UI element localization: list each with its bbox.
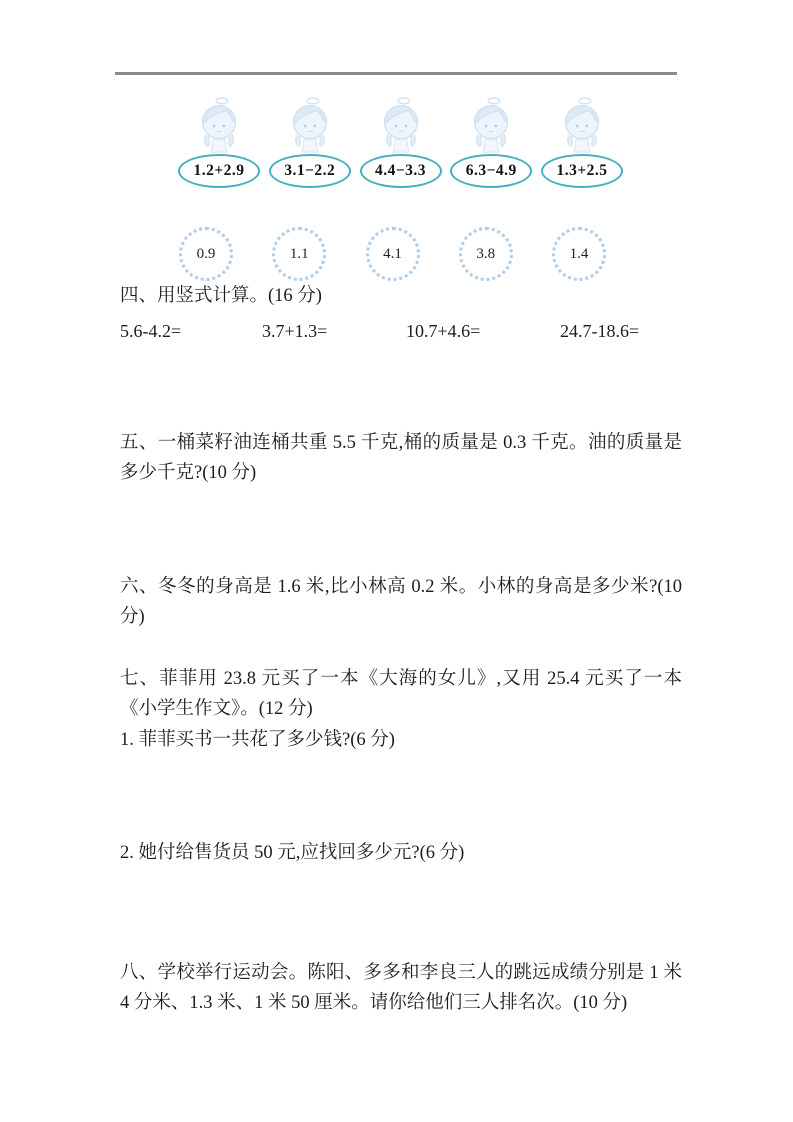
section-four-problems: 5.6-4.2= 3.7+1.3= 10.7+4.6= 24.7-18.6= bbox=[120, 316, 682, 342]
section-eight: 八、学校举行运动会。陈阳、多多和李良三人的跳远成绩分别是 1 米 4 分米、1.… bbox=[120, 958, 682, 1018]
calculation-problem: 10.7+4.6= bbox=[406, 316, 480, 346]
section-four: 四、用竖式计算。(16 分) 5.6-4.2= 3.7+1.3= 10.7+4.… bbox=[120, 284, 682, 342]
section-six: 六、冬冬的身高是 1.6 米,比小林高 0.2 米。小林的身高是多少米?(10 … bbox=[120, 572, 682, 632]
girl-figure-icon bbox=[462, 96, 520, 156]
matching-expression-item: 1.3+2.5 bbox=[541, 96, 623, 188]
section-five: 五、一桶菜籽油连桶共重 5.5 千克,桶的质量是 0.3 千克。油的质量是多少千… bbox=[120, 428, 682, 488]
section-five-text: 五、一桶菜籽油连桶共重 5.5 千克,桶的质量是 0.3 千克。油的质量是多少千… bbox=[120, 428, 682, 488]
section-seven-question-1: 1. 菲菲买书一共花了多少钱?(6 分) bbox=[120, 725, 682, 755]
matching-expressions-row: 1.2+2.9 3.1−2.2 bbox=[178, 96, 623, 188]
girl-figure-icon bbox=[372, 96, 430, 156]
matching-expression-item: 3.1−2.2 bbox=[269, 96, 351, 188]
section-seven: 七、菲菲用 23.8 元买了一本《大海的女儿》,又用 25.4 元买了一本《小学… bbox=[120, 664, 682, 755]
expression-oval: 3.1−2.2 bbox=[269, 154, 351, 188]
girl-figure-icon bbox=[190, 96, 248, 156]
calculation-problem: 24.7-18.6= bbox=[560, 316, 639, 346]
answer-wreath: 1.4 bbox=[552, 227, 606, 281]
matching-answers-row: 0.9 1.1 4.1 3.8 1.4 bbox=[179, 227, 606, 281]
answer-wreath: 1.1 bbox=[272, 227, 326, 281]
section-six-text: 六、冬冬的身高是 1.6 米,比小林高 0.2 米。小林的身高是多少米?(10 … bbox=[120, 572, 682, 632]
answer-wreath: 0.9 bbox=[179, 227, 233, 281]
section-seven-question-2: 2. 她付给售货员 50 元,应找回多少元?(6 分) bbox=[120, 838, 682, 868]
calculation-problem: 3.7+1.3= bbox=[262, 316, 327, 346]
worksheet-page: 1.2+2.9 3.1−2.2 bbox=[0, 0, 793, 1122]
expression-oval: 1.2+2.9 bbox=[178, 154, 260, 188]
expression-oval: 4.4−3.3 bbox=[360, 154, 442, 188]
girl-figure-icon bbox=[553, 96, 611, 156]
calculation-problem: 5.6-4.2= bbox=[120, 316, 181, 346]
matching-expression-item: 4.4−3.3 bbox=[360, 96, 442, 188]
section-seven-text: 七、菲菲用 23.8 元买了一本《大海的女儿》,又用 25.4 元买了一本《小学… bbox=[120, 664, 682, 724]
expression-oval: 6.3−4.9 bbox=[450, 154, 532, 188]
matching-expression-item: 6.3−4.9 bbox=[450, 96, 532, 188]
section-four-title: 四、用竖式计算。(16 分) bbox=[120, 284, 682, 308]
girl-figure-icon bbox=[281, 96, 339, 156]
answer-wreath: 3.8 bbox=[459, 227, 513, 281]
top-divider bbox=[115, 72, 677, 75]
expression-oval: 1.3+2.5 bbox=[541, 154, 623, 188]
matching-expression-item: 1.2+2.9 bbox=[178, 96, 260, 188]
answer-wreath: 4.1 bbox=[366, 227, 420, 281]
section-eight-text: 八、学校举行运动会。陈阳、多多和李良三人的跳远成绩分别是 1 米 4 分米、1.… bbox=[120, 958, 682, 1018]
